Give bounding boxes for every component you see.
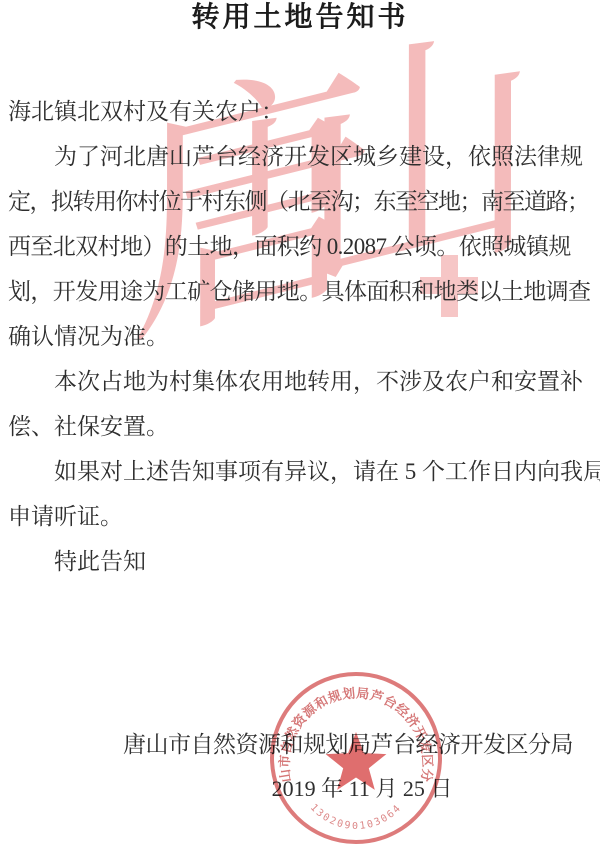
body-line: 如果对上述告知事项有异议，请在 5 个工作日内向我局: [8, 449, 594, 494]
official-seal: 唐山市自然资源和规划局芦台经济开发区分局 1302090103064: [267, 669, 445, 847]
body-line: 确认情况为准。: [8, 314, 594, 359]
body-line: 为了河北唐山芦台经济开发区城乡建设，依照法律规: [8, 134, 594, 179]
page-title: 转用土地告知书: [0, 0, 600, 38]
salutation: 海北镇北双村及有关农户：: [8, 89, 594, 134]
body-line: 划，开发用途为工矿仓储用地。具体面积和地类以土地调查: [8, 269, 594, 314]
seal-code-container: 1302090103064: [308, 802, 404, 832]
body-line: 偿、社保安置。: [8, 404, 594, 449]
body-line: 申请听证。: [8, 494, 594, 539]
document-page: 唐山 转用土地告知书 海北镇北双村及有关农户： 为了河北唐山芦台经济开发区城乡建…: [0, 0, 600, 847]
seal-code: 1302090103064: [308, 802, 404, 832]
body-line: 特此告知: [8, 539, 594, 584]
seal-star-icon: [326, 732, 387, 790]
document-body: 海北镇北双村及有关农户： 为了河北唐山芦台经济开发区城乡建设，依照法律规 定，拟…: [8, 89, 594, 584]
body-line: 西至北双村地）的土地，面积约 0.2087 公顷。依照城镇规: [8, 224, 594, 269]
body-line: 定，拟转用你村位于村东侧（北至沟；东至空地；南至道路；: [8, 179, 594, 224]
body-line: 本次占地为村集体农用地转用，不涉及农户和安置补: [8, 359, 594, 404]
